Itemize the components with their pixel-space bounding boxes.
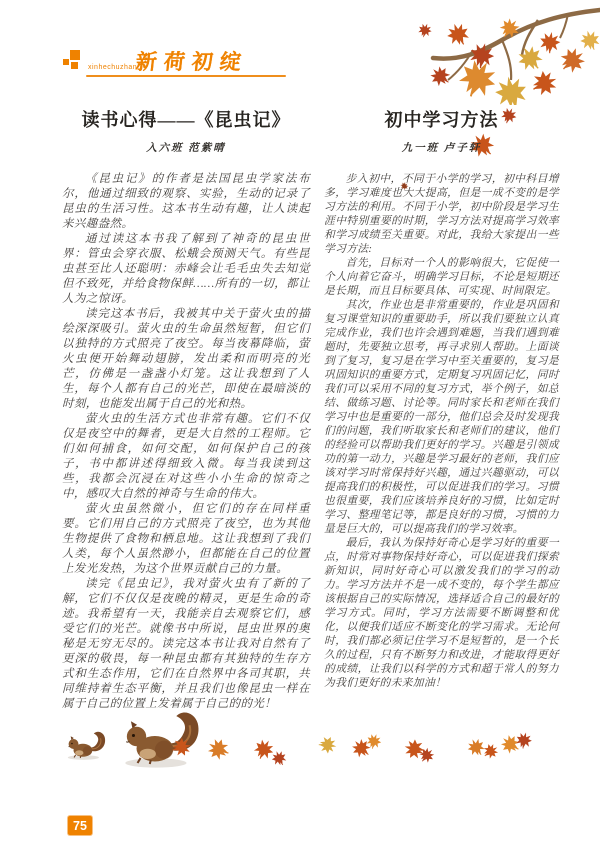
article-title: 初中学习方法 [324,106,559,132]
paragraph: 《昆虫记》的作者是法国昆虫学家法布尔，他通过细致的观察、实验，生动的记录了昆虫的… [62,172,310,232]
article-study-methods: 初中学习方法 九一班 卢子轩 步入初中，不同于小学的学习，初中科目增多，学习难度… [324,102,559,712]
paragraph: 萤火虫虽然微小，但它们的存在同样重要。它们用自己的方式照亮了夜空，也为其他生物提… [62,502,310,577]
brand-logo-icon [62,50,82,72]
paragraph: 最后，我认为保持好奇心是学习好的重要一点，时常对事物保持好奇心，可以促进我们探索… [324,536,559,690]
brand-romanization: xinhechuzhan [88,64,137,71]
paragraph: 读完《昆虫记》，我对萤火虫有了新的了解，它们不仅仅是夜晚的精灵，更是生命的奇迹。… [62,577,310,712]
paragraph: 其次，作业也是非常重要的，作业是巩固和复习课堂知识的重要助手，所以我们要独立认真… [324,298,559,536]
article-author: 入六班 范紫晴 [62,140,310,155]
paragraph: 首先，目标对一个人的影响很大，它促使一个人向着它奋斗，明确学习目标，不论是短期还… [324,256,559,298]
squirrels-and-leaves-illustration [58,703,540,783]
magazine-page: xinhechuzhan 新荷初绽 读书心得——《昆虫记》 入六 [0,0,600,849]
page-header: xinhechuzhan 新荷初绽 [62,48,302,80]
page-number-badge: 75 [68,816,92,835]
paragraph: 读完这本书后，我被其中关于萤火虫的描绘深深吸引。萤火虫的生命虽然短暂，但它们以独… [62,307,310,412]
maple-branch-icon [378,0,600,105]
article-reading-notes: 读书心得——《昆虫记》 入六班 范紫晴 《昆虫记》的作者是法国昆虫学家法布尔，他… [62,102,310,712]
magazine-brand-title: 新荷初绽 [134,46,249,76]
article-columns: 读书心得——《昆虫记》 入六班 范紫晴 《昆虫记》的作者是法国昆虫学家法布尔，他… [62,102,559,712]
small-squirrel-icon [68,732,105,760]
article-author: 九一班 卢子轩 [324,140,559,155]
article-title: 读书心得——《昆虫记》 [62,106,310,132]
paragraph: 通过读这本书我了解到了神奇的昆虫世界：管虫会穿衣服、松蛾会预测天气。有些昆虫甚至… [62,232,310,307]
masthead-underline [86,75,286,77]
paragraph: 萤火虫的生活方式也非常有趣。它们不仅仅是夜空中的舞者，更是大自然的工程师。它们如… [62,412,310,502]
large-squirrel-icon [125,713,198,768]
paragraph: 步入初中，不同于小学的学习，初中科目增多，学习难度也大大提高，但是一成不变的是学… [324,172,559,256]
